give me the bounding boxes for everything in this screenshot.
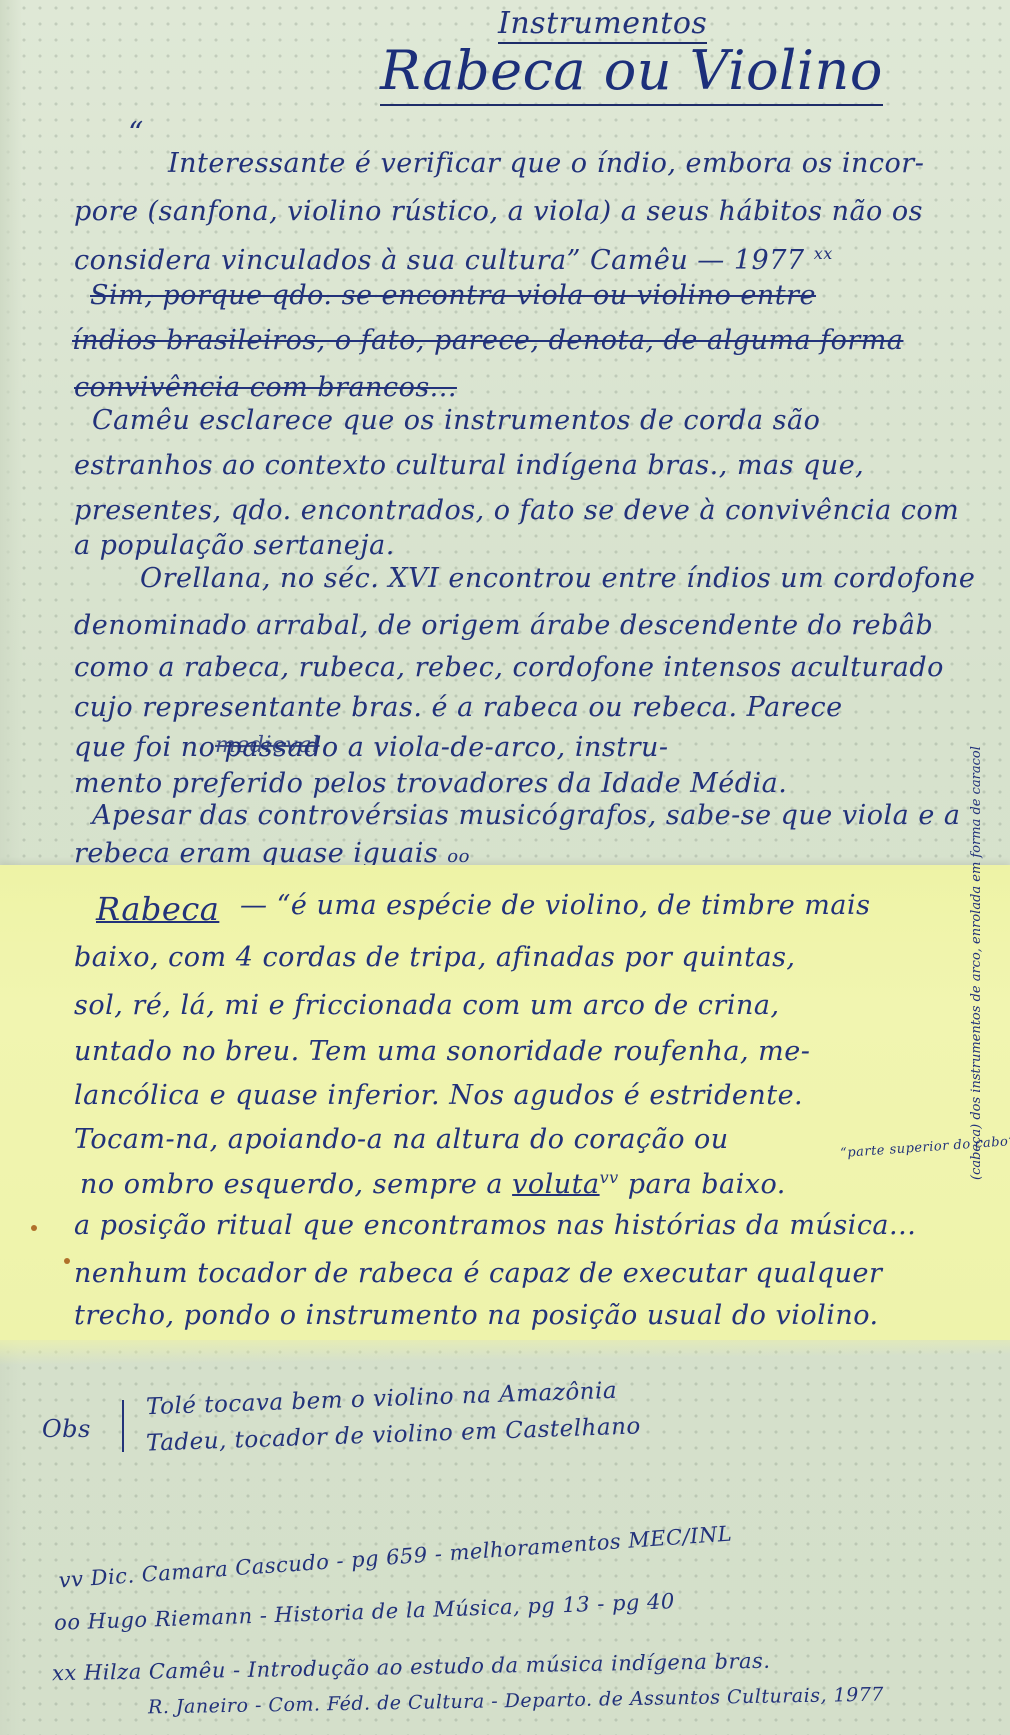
- paragraph-2-line-4: a população sertaneja.: [74, 530, 395, 561]
- quote-line-2: pore (sanfona, violino rústico, a viola)…: [74, 196, 923, 227]
- struck-line-1: Sim, porque qdo. se encontra viola ou vi…: [90, 280, 816, 311]
- quote-line-3-text: considera vinculados à sua cultura” Camê…: [74, 245, 805, 276]
- brace: [122, 1400, 124, 1452]
- footnote-mark-oo: oo: [447, 846, 470, 867]
- struck-line-2: índios brasileiros, o fato, parece, deno…: [72, 325, 903, 356]
- struck-line-3: convivência com brancos...: [74, 372, 457, 403]
- sticky-line-3: sol, ré, lá, mi e friccionada com um arc…: [74, 990, 780, 1021]
- sticky-line-1: — “é uma espécie de violino, de timbre m…: [240, 890, 870, 921]
- reference-mark: vv: [58, 1567, 84, 1593]
- paragraph-3-line-3: como a rabeca, rubeca, rebec, cordofone …: [74, 652, 944, 683]
- sticky-line-7: no ombro esquerdo, sempre a volutavv par…: [80, 1168, 786, 1200]
- paragraph-4-line-1: Apesar das controvérsias musicógrafos, s…: [92, 800, 961, 831]
- quote-line-3: considera vinculados à sua cultura” Camê…: [74, 244, 833, 276]
- reference-mark: xx: [52, 1661, 77, 1685]
- paragraph-2-line-2: estranhos ao contexto cultural indígena …: [74, 450, 864, 481]
- paragraph-3-line-2: denominado arrabal, de origem árabe desc…: [74, 610, 933, 641]
- sticky-line-10: trecho, pondo o instrumento na posição u…: [74, 1300, 879, 1331]
- sticky-line-2: baixo, com 4 cordas de tripa, afinadas p…: [74, 942, 796, 973]
- sticky-line-5: lancólica e quase inferior. Nos agudos é…: [74, 1080, 803, 1111]
- paragraph-3-line-5-text: que foi no passado a viola-de-arco, inst…: [74, 732, 669, 763]
- sticky-term: Rabeca: [96, 890, 219, 928]
- margin-note: (cabeça) dos instrumentos de arco, enrol…: [968, 746, 985, 1180]
- sticky-line-7-text: no ombro esquerdo, sempre a: [80, 1169, 503, 1200]
- pin-mark: [31, 1225, 37, 1231]
- voluta-word: voluta: [512, 1169, 599, 1200]
- paragraph-3-line-1: Orellana, no séc. XVI encontrou entre ín…: [140, 563, 975, 594]
- footnote-mark-xx: xx: [814, 244, 833, 263]
- paragraph-3-line-4: cujo representante bras. é a rabeca ou r…: [74, 692, 843, 723]
- paragraph-2-line-1: Camêu esclarece que os instrumentos de c…: [92, 405, 820, 436]
- paragraph-2-line-3: presentes, qdo. encontrados, o fato se d…: [74, 495, 959, 526]
- paragraph-3-line-5: que foi no passado a viola-de-arco, inst…: [74, 732, 669, 763]
- sticky-line-8: a posição ritual que encontramos nas his…: [74, 1210, 916, 1241]
- pin-mark: [64, 1258, 70, 1264]
- quote-open-mark: “: [128, 116, 144, 151]
- paragraph-3-line-6: mento preferido pelos trovadores da Idad…: [74, 768, 787, 799]
- footnote-mark-vv: vv: [600, 1168, 619, 1187]
- quote-line-1: Interessante é verificar que o índio, em…: [168, 148, 924, 179]
- obs-label: Obs: [42, 1415, 91, 1443]
- sticky-line-6: Tocam-na, apoiando-a na altura do coraçã…: [74, 1124, 729, 1155]
- sticky-line-4: untado no breu. Tem uma sonoridade roufe…: [74, 1036, 810, 1067]
- voluta-tail: para baixo.: [628, 1169, 786, 1200]
- reference-mark: oo: [54, 1610, 81, 1635]
- page-title: Rabeca ou Violino: [380, 38, 883, 106]
- struck-word: medieval: [215, 733, 320, 758]
- sticky-line-9: nenhum tocador de rabeca é capaz de exec…: [74, 1258, 882, 1289]
